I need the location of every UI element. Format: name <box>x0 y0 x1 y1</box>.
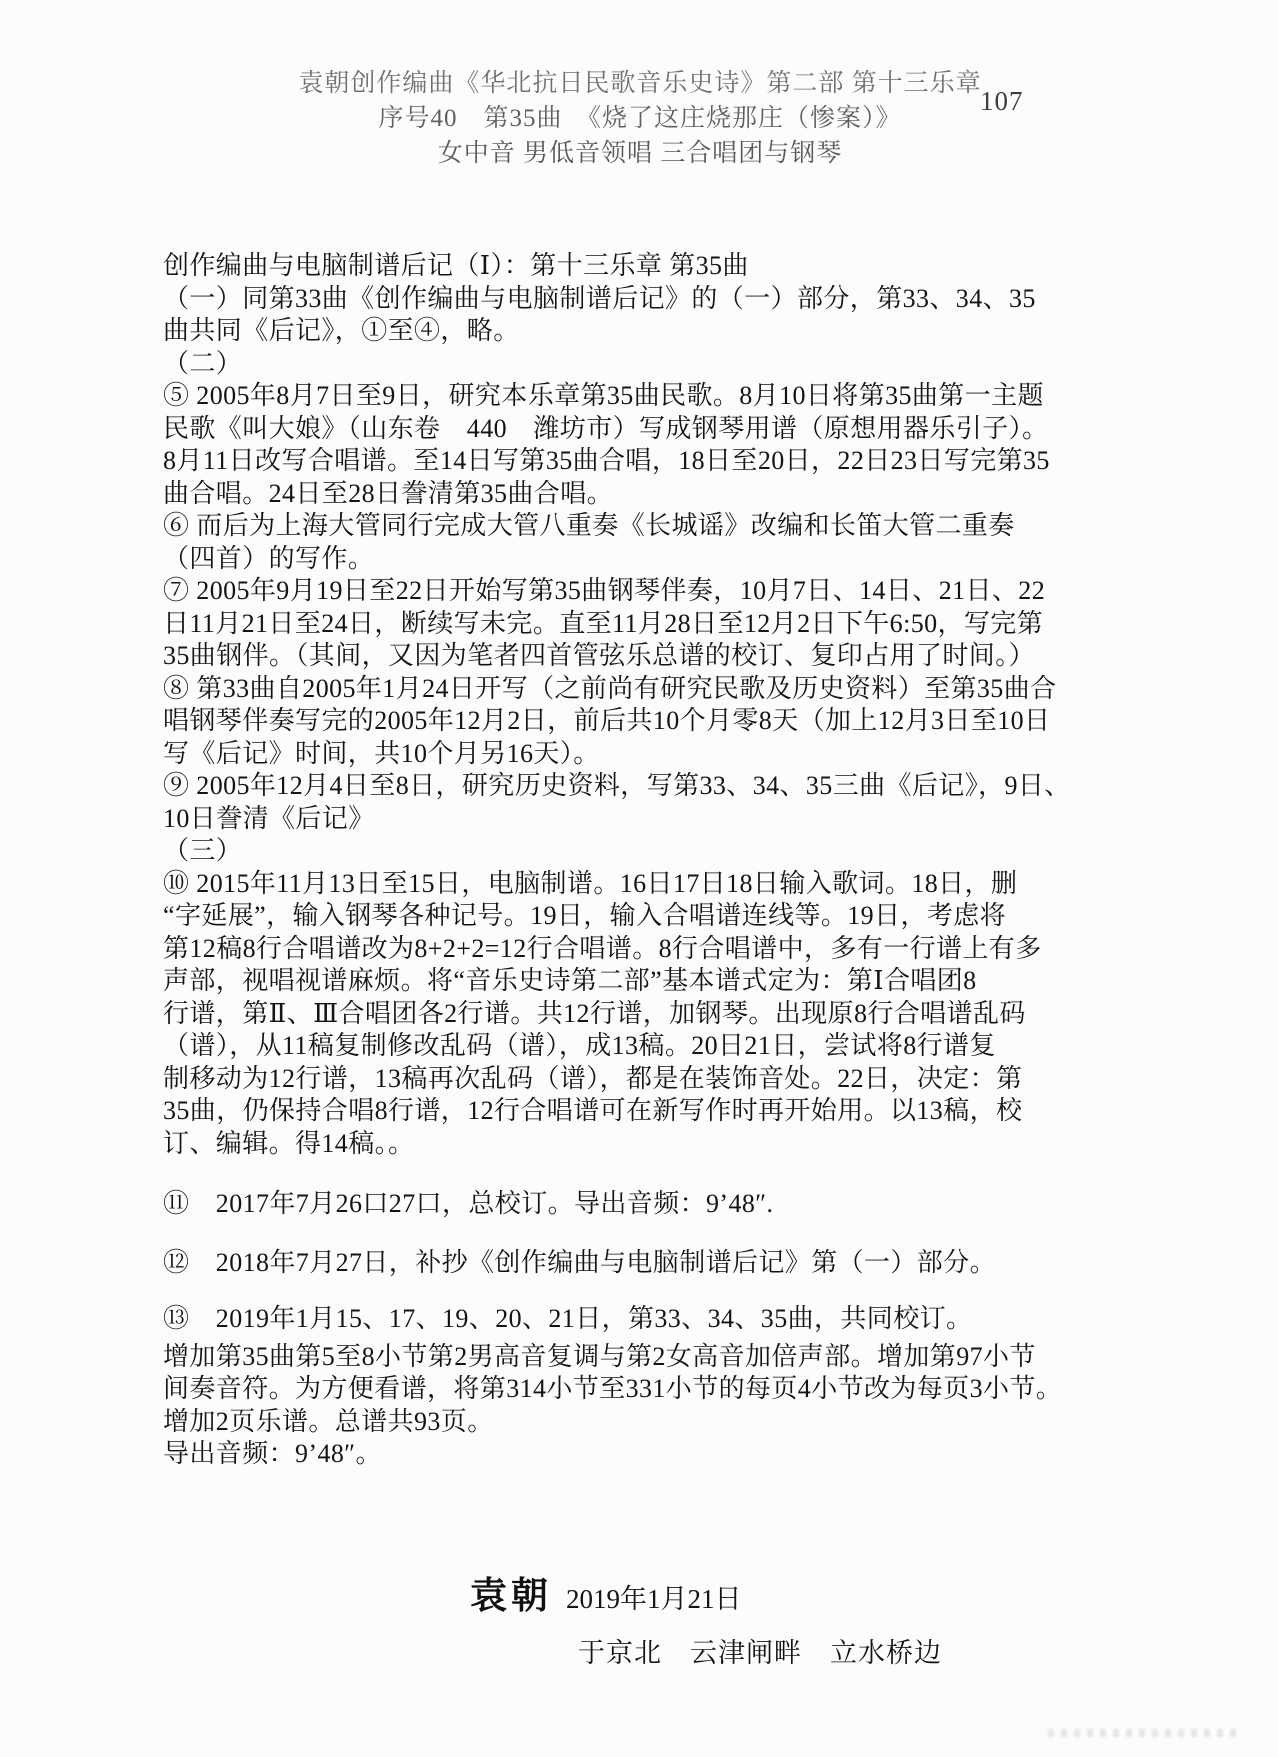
text-line: ⑦ 2005年9月19日至22日开始写第35曲钢琴伴奏，10月7日、14日、21… <box>163 575 1049 608</box>
text-line: 订、编辑。得14稿。。 <box>163 1128 1049 1161</box>
entry-12: ⑫ 2018年7月27日，补抄《创作编曲与电脑制谱后记》第（一）部分。 <box>163 1247 1049 1280</box>
header-line-title: 袁朝创作编曲《华北抗日民歌音乐史诗》第二部 第十三乐章 <box>120 66 1160 101</box>
text-line: 导出音频：9’48″。 <box>163 1438 1049 1471</box>
text-line: ⑩ 2015年11月13日至15日，电脑制谱。16日17日18日输入歌词。18日… <box>163 868 1049 901</box>
text-line: 民歌《叫大娘》（山东卷 440 潍坊市）写成钢琴用谱（原想用器乐引子）。 <box>163 413 1049 446</box>
text-line: （一）同第33曲《创作编曲与电脑制谱后记》的（一）部分，第33、34、35 <box>163 283 1049 316</box>
header-line-subtitle: 序号40 第35曲 《烧了这庄烧那庄（惨案）》 <box>120 101 1160 136</box>
page-header: 袁朝创作编曲《华北抗日民歌音乐史诗》第二部 第十三乐章 序号40 第35曲 《烧… <box>120 66 1160 171</box>
text-line: “字延展”，输入钢琴各种记号。19日，输入合唱谱连线等。19日，考虑将 <box>163 900 1049 933</box>
text-line: 唱钢琴伴奏写完的2005年12月2日，前后共10个月零8天（加上12月3日至10… <box>163 705 1049 738</box>
text-line: （二） <box>163 348 1049 381</box>
signature-line: 袁朝 2019年1月21日 <box>470 1565 1070 1619</box>
text-line: 增加2页乐谱。总谱共93页。 <box>163 1406 1049 1439</box>
text-line: 35曲，仍保持合唱8行谱，12行合唱谱可在新写作时再开始用。以13稿，校 <box>163 1095 1049 1128</box>
text-line: 间奏音符。为方便看谱，将第314小节至331小节的每页4小节改为每页3小节。 <box>163 1373 1049 1406</box>
section-title-line: 创作编曲与电脑制谱后记（Ⅰ）：第十三乐章 第35曲 <box>163 250 1049 283</box>
text-line: 第12稿8行合唱谱改为8+2+2=12行合唱谱。8行合唱谱中，多有一行谱上有多 <box>163 933 1049 966</box>
faint-scan-artifact <box>1048 1729 1238 1737</box>
text-line: 增加第35曲第5至8小节第2男高音复调与第2女高音加倍声部。增加第97小节 <box>163 1341 1049 1374</box>
text-line: （三） <box>163 835 1049 868</box>
text-line: （四首）的写作。 <box>163 543 1049 576</box>
body-text: 创作编曲与电脑制谱后记（Ⅰ）：第十三乐章 第35曲 （一）同第33曲《创作编曲与… <box>163 250 1049 1471</box>
closing-notes: 增加第35曲第5至8小节第2男高音复调与第2女高音加倍声部。增加第97小节 间奏… <box>163 1341 1049 1471</box>
author-name: 袁朝 <box>470 1565 552 1619</box>
text-line: 写《后记》时间，共10个月另16天）。 <box>163 738 1049 771</box>
entry-11: ⑪ 2017年7月26口27口，总校订。导出音频：9’48″. <box>163 1188 1049 1221</box>
text-line: 曲合唱。24日至28日誊清第35曲合唱。 <box>163 478 1049 511</box>
text-line: 行谱，第Ⅱ、Ⅲ合唱团各2行谱。共12行谱，加钢琴。出现原8行合唱谱乱码 <box>163 998 1049 1031</box>
text-line: 制移动为12行谱，13稿再次乱码（谱），都是在装饰音处。22日，决定：第 <box>163 1063 1049 1096</box>
signature-block: 袁朝 2019年1月21日 于京北 云津闸畔 立水桥边 <box>470 1565 1070 1670</box>
entry-13: ⑬ 2019年1月15、17、19、20、21日，第33、34、35曲，共同校订… <box>163 1303 1049 1336</box>
text-line: ⑧ 第33曲自2005年1月24日开写（之前尚有研究民歌及历史资料）至第35曲合 <box>163 673 1049 706</box>
text-line: ⑥ 而后为上海大管同行完成大管八重奏《长城谣》改编和长笛大管二重奏 <box>163 510 1049 543</box>
text-line: 35曲钢伴。（其间，又因为笔者四首管弦乐总谱的校订、复印占用了时间。） <box>163 640 1049 673</box>
text-line: 10日誊清《后记》 <box>163 803 1049 836</box>
signature-date: 2019年1月21日 <box>566 1577 742 1616</box>
document-page: 107 袁朝创作编曲《华北抗日民歌音乐史诗》第二部 第十三乐章 序号40 第35… <box>0 0 1278 1757</box>
text-line: ⑨ 2005年12月4日至8日，研究历史资料，写第33、34、35三曲《后记》，… <box>163 770 1049 803</box>
text-line: 声部，视唱视谱麻烦。将“音乐史诗第二部”基本谱式定为：第Ⅰ合唱团8 <box>163 965 1049 998</box>
text-line: 曲共同《后记》，①至④，略。 <box>163 315 1049 348</box>
signature-place: 于京北 云津闸畔 立水桥边 <box>578 1631 1070 1670</box>
text-line: 日11月21日至24日，断续写未完。直至11月28日至12月2日下午6:50，写… <box>163 608 1049 641</box>
header-line-performers: 女中音 男低音领唱 三合唱团与钢琴 <box>120 136 1160 171</box>
text-line: ⑤ 2005年8月7日至9日，研究本乐章第35曲民歌。8月10日将第35曲第一主… <box>163 380 1049 413</box>
text-line: （谱），从11稿复制修改乱码（谱），成13稿。20日21日，尝试将8行谱复 <box>163 1030 1049 1063</box>
text-line: 8月11日改写合唱谱。至14日写第35曲合唱，18日至20日，22日23日写完第… <box>163 445 1049 478</box>
